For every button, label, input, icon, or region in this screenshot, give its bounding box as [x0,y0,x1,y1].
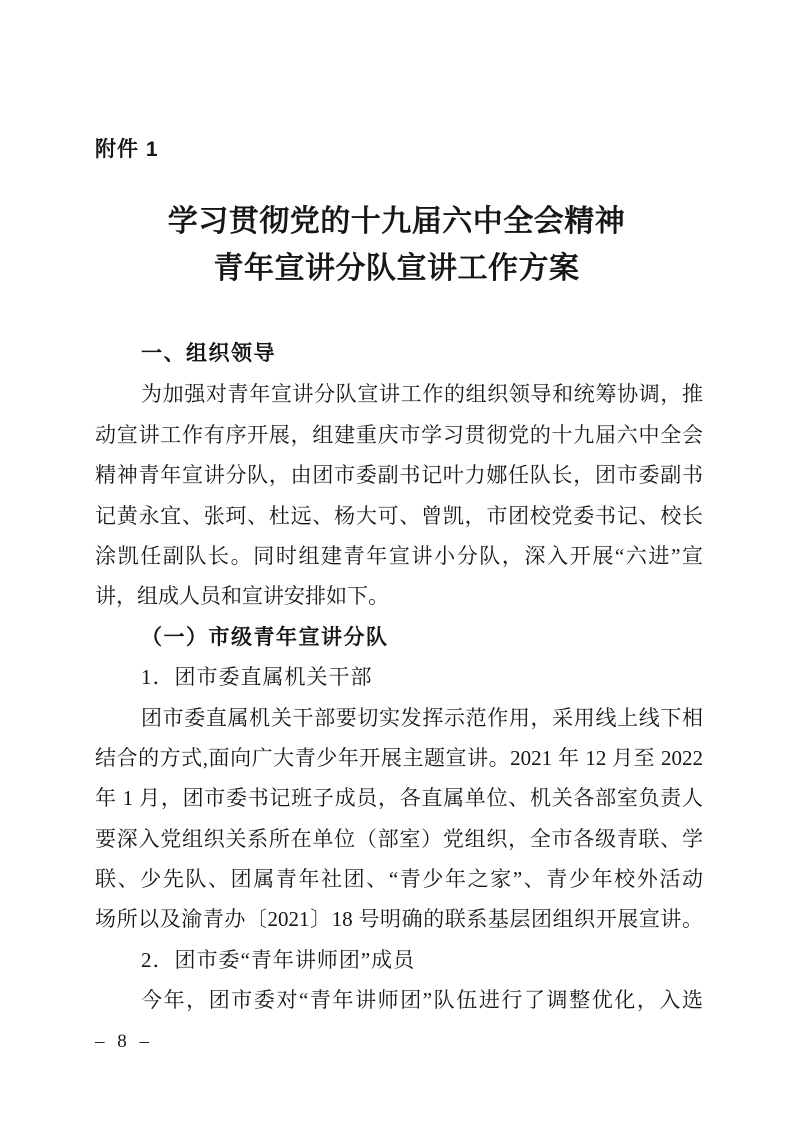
document-body: 一、组织领导为加强对青年宣讲分队宣讲工作的组织领导和统筹协调，推动宣讲工作有序开… [95,334,703,1021]
body-text-line: 涂凯任副队长。同时组建青年宣讲小分队，深入开展“六进”宣 [95,536,703,576]
document-title: 学习贯彻党的十九届六中全会精神 青年宣讲分队宣讲工作方案 [0,198,793,292]
body-text-line: 场所以及渝青办〔2021〕18 号明确的联系基层团组织开展宣讲。 [95,899,703,939]
body-text-line: 记黄永宜、张珂、杜远、杨大可、曾凯，市团校党委书记、校长 [95,496,703,536]
numbered-heading: 2．团市委“青年讲师团”成员 [95,940,703,980]
document-page: 附件 1 学习贯彻党的十九届六中全会精神 青年宣讲分队宣讲工作方案 一、组织领导… [0,0,793,1122]
body-text-line: 讲，组成人员和宣讲安排如下。 [95,576,703,616]
body-text-line: 精神青年宣讲分队，由团市委副书记叶力娜任队长，团市委副书 [95,455,703,495]
body-text-line: 联、少先队、团属青年社团、“青少年之家”、青少年校外活动 [95,859,703,899]
subsection-heading: （一）市级青年宣讲分队 [95,617,703,657]
attachment-label: 附件 1 [95,134,159,166]
page-number: – 8 – [95,1022,153,1062]
section-heading: 一、组织领导 [95,334,703,374]
body-text-line: 动宣讲工作有序开展，组建重庆市学习贯彻党的十九届六中全会 [95,415,703,455]
body-text-line: 团市委直属机关干部要切实发挥示范作用，采用线上线下相 [95,698,703,738]
numbered-heading: 1．团市委直属机关干部 [95,657,703,697]
body-text-line: 今年，团市委对“青年讲师团”队伍进行了调整优化，入选 [95,980,703,1020]
body-text-line: 为加强对青年宣讲分队宣讲工作的组织领导和统筹协调，推 [95,374,703,414]
body-text-line: 结合的方式,面向广大青少年开展主题宣讲。2021 年 12 月至 2022 [95,738,703,778]
document-title-line-2: 青年宣讲分队宣讲工作方案 [0,245,793,292]
body-text-line: 年 1 月，团市委书记班子成员，各直属单位、机关各部室负责人 [95,778,703,818]
document-title-line-1: 学习贯彻党的十九届六中全会精神 [0,198,793,245]
body-text-line: 要深入党组织关系所在单位（部室）党组织，全市各级青联、学 [95,819,703,859]
